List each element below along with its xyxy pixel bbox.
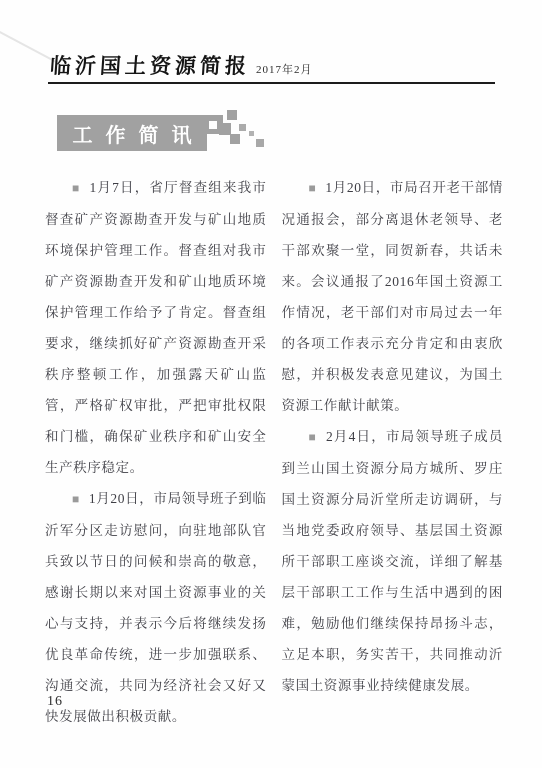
paragraph-text: 1月20日，市局领导班子到临沂军分区走访慰问，向驻地部队官兵致以节日的问候和崇高… — [45, 491, 267, 724]
pixel-square-decoration — [230, 134, 240, 144]
news-paragraph: ■1月20日，市局召开老干部情况通报会，部分离退休老领导、老干部欢聚一堂，同贺新… — [282, 172, 504, 421]
masthead-date: 2017年2月 — [256, 64, 313, 76]
page-number: 16 — [47, 694, 63, 710]
news-paragraph: ■1月20日，市局领导班子到临沂军分区走访慰问，向驻地部队官兵致以节日的问候和崇… — [45, 483, 267, 732]
square-bullet-icon: ■ — [72, 181, 80, 195]
masthead-title: 临沂国土资源简报 — [49, 50, 251, 80]
body-columns: ■1月7日，省厅督查组来我市督查矿产资源勘查开发与矿山地质环境保护管理工作。督查… — [45, 172, 503, 732]
square-bullet-icon: ■ — [309, 430, 317, 444]
pixel-square-decoration — [249, 131, 254, 136]
right-column: ■1月20日，市局召开老干部情况通报会，部分离退休老领导、老干部欢聚一堂，同贺新… — [282, 172, 504, 732]
banner-pixel-decoration — [209, 121, 217, 129]
news-paragraph: ■1月7日，省厅督查组来我市督查矿产资源勘查开发与矿山地质环境保护管理工作。督查… — [45, 172, 267, 483]
section-banner: 工作简讯 — [57, 115, 207, 151]
pixel-square-decoration — [227, 110, 237, 120]
masthead: 临沂国土资源简报2017年2月 — [50, 50, 510, 80]
paragraph-text: 1月7日，省厅督查组来我市督查矿产资源勘查开发与矿山地质环境保护管理工作。督查组… — [45, 180, 267, 475]
masthead-divider — [48, 82, 495, 84]
pixel-square-decoration — [239, 124, 246, 131]
left-column: ■1月7日，省厅督查组来我市督查矿产资源勘查开发与矿山地质环境保护管理工作。督查… — [45, 172, 267, 732]
paragraph-text: 2月4日，市局领导班子成员到兰山国土资源分局方城所、罗庄国土资源分局沂堂所走访调… — [282, 429, 504, 693]
pixel-square-decoration — [256, 139, 264, 147]
square-bullet-icon: ■ — [309, 181, 317, 195]
square-bullet-icon: ■ — [72, 492, 80, 506]
section-banner-label: 工作简讯 — [60, 119, 205, 148]
bulletin-page: 临沂国土资源简报2017年2月 工作简讯 ■1月7日，省厅督查组来我市督查矿产资… — [0, 0, 542, 768]
paragraph-text: 1月20日，市局召开老干部情况通报会，部分离退休老领导、老干部欢聚一堂，同贺新春… — [282, 180, 504, 413]
news-paragraph: ■2月4日，市局领导班子成员到兰山国土资源分局方城所、罗庄国土资源分局沂堂所走访… — [282, 421, 504, 701]
